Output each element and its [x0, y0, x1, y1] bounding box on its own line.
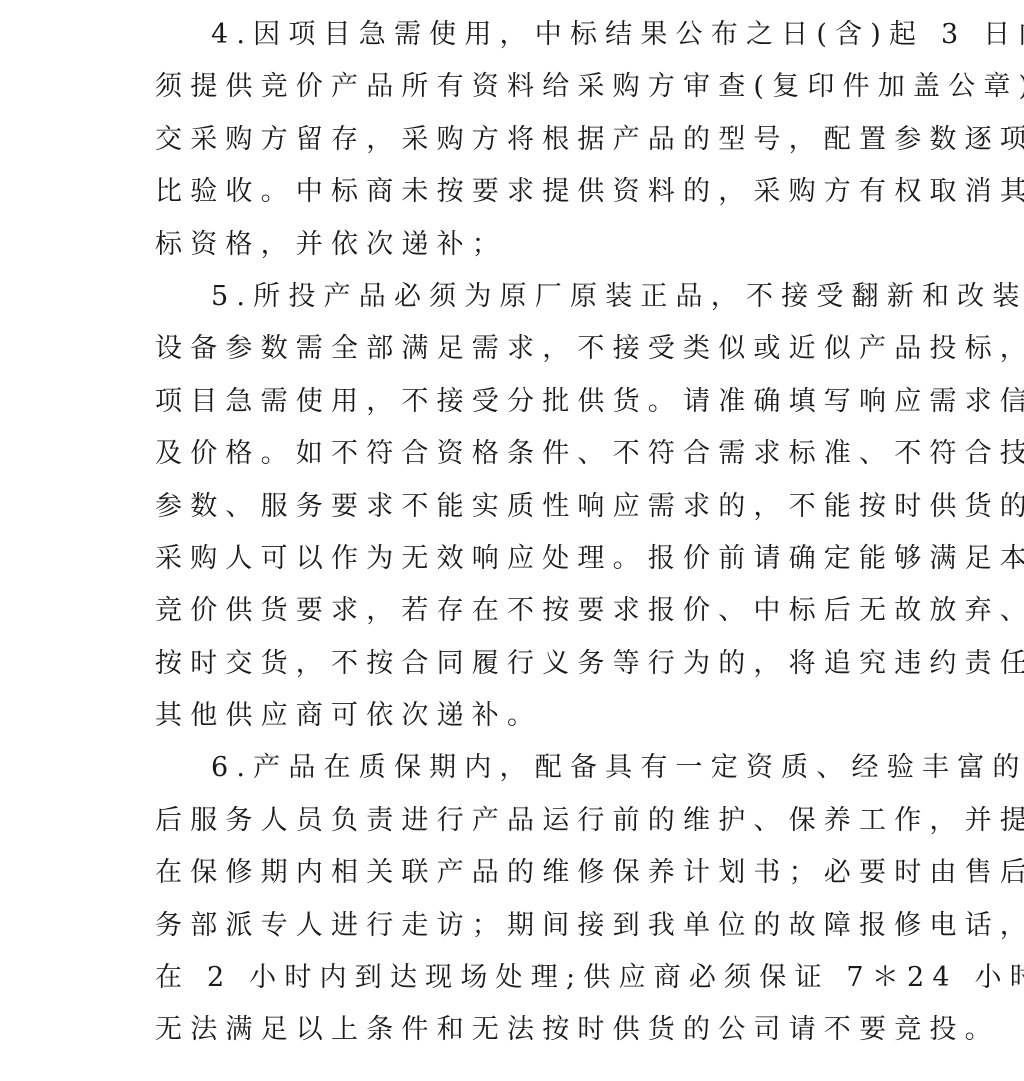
- text-line: 及价格。如不符合资格条件、不符合需求标准、不符合技术: [155, 428, 875, 480]
- text-line: 参数、服务要求不能实质性响应需求的，不能按时供货的，: [155, 481, 875, 533]
- text-line: 其他供应商可依次递补。: [155, 690, 875, 742]
- text-line: 6.产品在质保期内，配备具有一定资质、经验丰富的售: [155, 742, 875, 794]
- text-line: 比验收。中标商未按要求提供资料的，采购方有权取消其中: [155, 166, 875, 218]
- text-line: 设备参数需全部满足需求，不接受类似或近似产品投标，因: [155, 323, 875, 375]
- text-line: 按时交货，不按合同履行义务等行为的，将追究违约责任。: [155, 638, 875, 690]
- text-line: 后服务人员负责进行产品运行前的维护、保养工作，并提供: [155, 795, 875, 847]
- text-line: 5.所投产品必须为原厂原装正品，不接受翻新和改装，: [155, 271, 875, 323]
- text-line: 标资格，并依次递补；: [155, 219, 875, 271]
- text-line: 交采购方留存，采购方将根据产品的型号，配置参数逐项对: [155, 114, 875, 166]
- document-page: 4.因项目急需使用，中标结果公布之日(含)起 3 日内， 须提供竞价产品所有资料…: [155, 9, 875, 1057]
- text-line: 采购人可以作为无效响应处理。报价前请确定能够满足本次: [155, 533, 875, 585]
- paragraph-6: 6.产品在质保期内，配备具有一定资质、经验丰富的售 后服务人员负责进行产品运行前…: [155, 742, 875, 1056]
- text-line: 无法满足以上条件和无法按时供货的公司请不要竞投。: [155, 1004, 875, 1056]
- paragraph-5: 5.所投产品必须为原厂原装正品，不接受翻新和改装， 设备参数需全部满足需求，不接…: [155, 271, 875, 743]
- text-line: 项目急需使用，不接受分批供货。请准确填写响应需求信息: [155, 376, 875, 428]
- paragraph-4: 4.因项目急需使用，中标结果公布之日(含)起 3 日内， 须提供竞价产品所有资料…: [155, 9, 875, 271]
- text-line: 在保修期内相关联产品的维修保养计划书；必要时由售后服: [155, 847, 875, 899]
- text-line: 须提供竞价产品所有资料给采购方审查(复印件加盖公章)，: [155, 61, 875, 113]
- text-line: 务部派专人进行走访；期间接到我单位的故障报修电话，需: [155, 900, 875, 952]
- text-line: 竞价供货要求，若存在不按要求报价、中标后无故放弃、不: [155, 585, 875, 637]
- text-line: 在 2 小时内到达现场处理;供应商必须保证 7＊24 小时服务，: [155, 952, 875, 1004]
- text-line: 4.因项目急需使用，中标结果公布之日(含)起 3 日内，: [155, 9, 875, 61]
